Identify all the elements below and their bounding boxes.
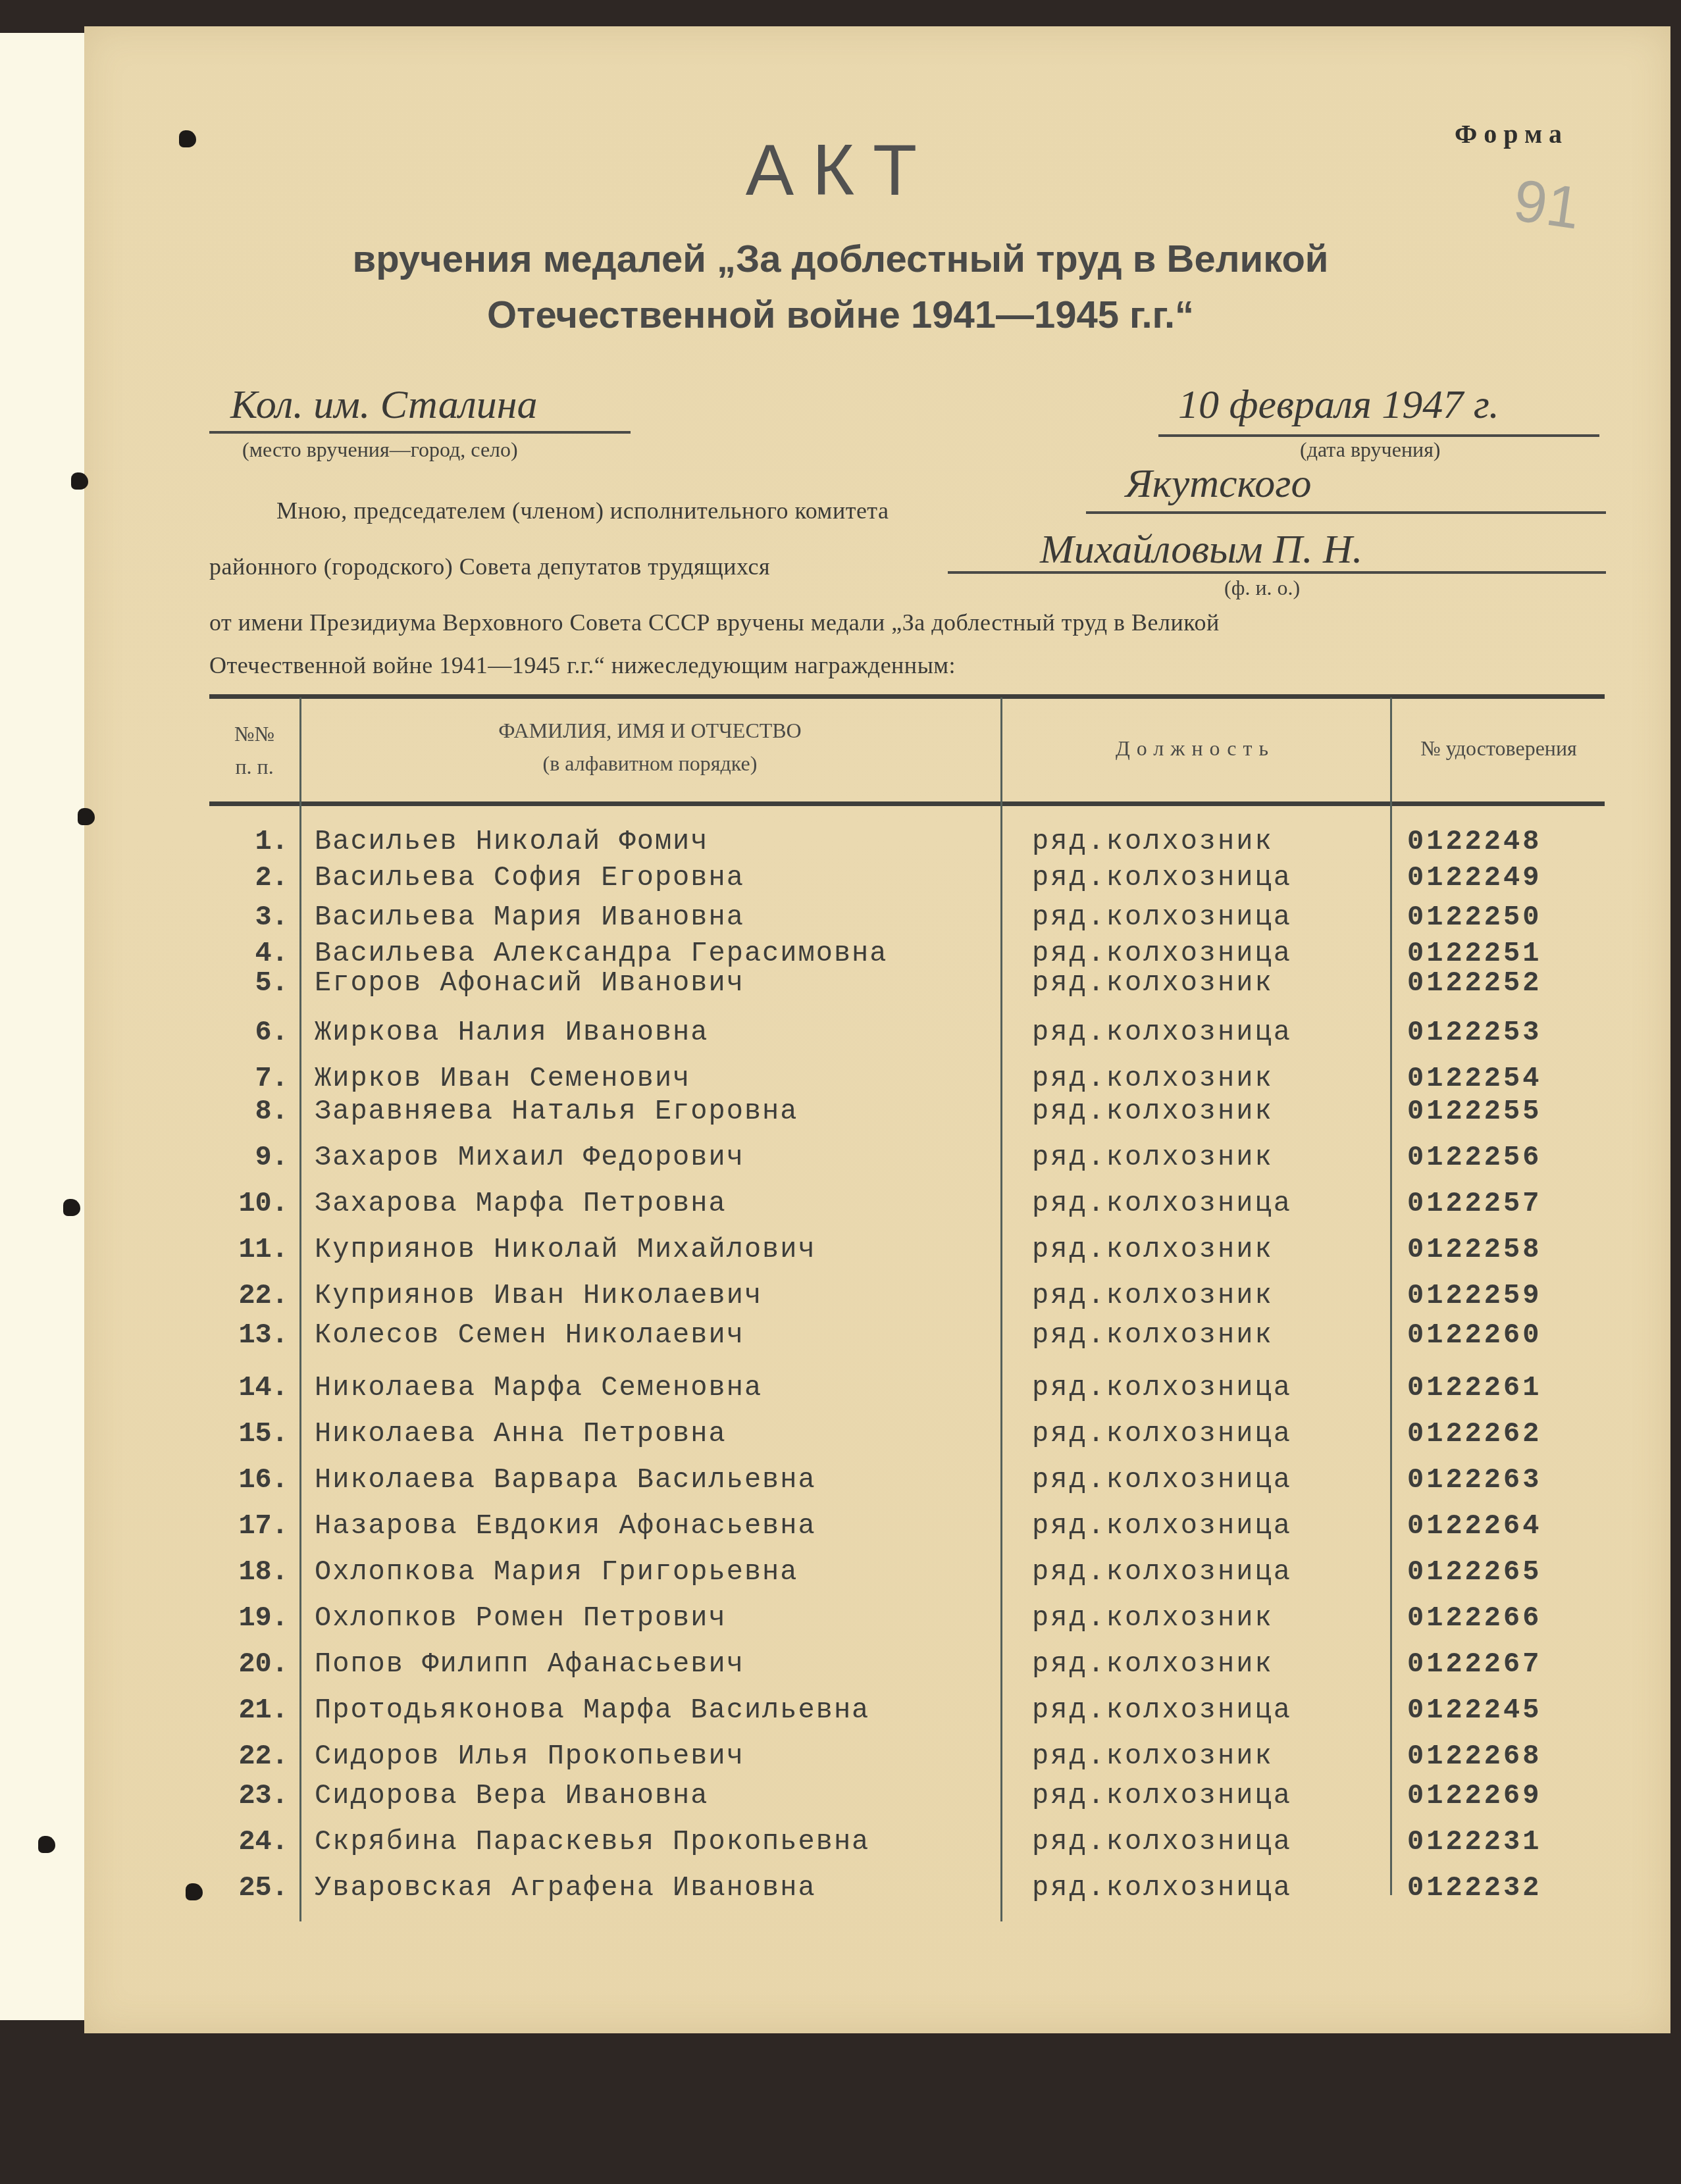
position: ряд.колхозник <box>1032 1063 1274 1094</box>
place-underline <box>209 431 631 434</box>
table-row: 4.Васильева Александра Герасимовнаряд.ко… <box>209 938 1605 971</box>
certificate-number: 0122255 <box>1407 1096 1541 1127</box>
table-top-rule <box>209 694 1605 699</box>
committee-underline <box>1086 511 1606 514</box>
recipient-name: Назарова Евдокия Афонасьевна <box>315 1510 816 1542</box>
recipient-name: Васильев Николай Фомич <box>315 826 709 857</box>
position: ряд.колхозница <box>1032 1188 1292 1219</box>
certificate-number: 0122232 <box>1407 1872 1541 1904</box>
recipient-name: Заравняева Наталья Егоровна <box>315 1096 798 1127</box>
table-row: 22.Куприянов Иван Николаевичряд.колхозни… <box>209 1280 1605 1313</box>
certificate-number: 0122266 <box>1407 1602 1541 1634</box>
position: ряд.колхозник <box>1032 1142 1274 1173</box>
table-row: 15.Николаева Анна Петровнаряд.колхозница… <box>209 1418 1605 1451</box>
position: ряд.колхозница <box>1032 1017 1292 1048</box>
row-number: 7. <box>209 1063 288 1094</box>
official-name-underline <box>948 571 1606 574</box>
certificate-number: 0122254 <box>1407 1063 1541 1094</box>
recipient-name: Васильева София Егоровна <box>315 862 744 894</box>
intro-line1: Мною, председателем (членом) исполнитель… <box>276 497 889 524</box>
position: ряд.колхозник <box>1032 826 1274 857</box>
certificate-number: 0122262 <box>1407 1418 1541 1450</box>
row-number: 22. <box>209 1740 288 1772</box>
table-row: 25.Уваровская Аграфена Ивановнаряд.колхо… <box>209 1872 1605 1905</box>
position: ряд.колхозник <box>1032 1280 1274 1311</box>
position: ряд.колхозник <box>1032 1234 1274 1265</box>
certificate-number: 0122257 <box>1407 1188 1541 1219</box>
table-row: 11.Куприянов Николай Михайловичряд.колхо… <box>209 1234 1605 1267</box>
table-row: 13.Колесов Семен Николаевичряд.колхозник… <box>209 1319 1605 1352</box>
row-number: 16. <box>209 1464 288 1496</box>
row-number: 2. <box>209 862 288 894</box>
header-position: Должность <box>1000 732 1390 765</box>
recipient-name: Жиркова Налия Ивановна <box>315 1017 709 1048</box>
table-row: 1.Васильев Николай Фомичряд.колхозник012… <box>209 826 1605 859</box>
recipient-name: Васильева Мария Ивановна <box>315 902 744 933</box>
certificate-number: 0122256 <box>1407 1142 1541 1173</box>
certificate-number: 0122263 <box>1407 1464 1541 1496</box>
position: ряд.колхозник <box>1032 1740 1274 1772</box>
position: ряд.колхозница <box>1032 1464 1292 1496</box>
row-number: 1. <box>209 826 288 857</box>
table-row: 2.Васильева София Егоровнаряд.колхозница… <box>209 862 1605 895</box>
header-num-line2: п. п. <box>209 750 299 783</box>
table-row: 16.Николаева Варвара Васильевнаряд.колхо… <box>209 1464 1605 1497</box>
table-row: 24.Скрябина Параскевья Прокопьевнаряд.ко… <box>209 1826 1605 1859</box>
certificate-number: 0122253 <box>1407 1017 1541 1048</box>
recipient-name: Сидорова Вера Ивановна <box>315 1780 709 1812</box>
certificate-number: 0122267 <box>1407 1648 1541 1680</box>
position: ряд.колхозница <box>1032 1826 1292 1858</box>
certificate-number: 0122249 <box>1407 862 1541 894</box>
row-number: 8. <box>209 1096 288 1127</box>
row-number: 10. <box>209 1188 288 1219</box>
row-number: 25. <box>209 1872 288 1904</box>
date-caption: (дата вручения) <box>1300 438 1441 462</box>
row-number: 13. <box>209 1319 288 1351</box>
recipient-name: Скрябина Параскевья Прокопьевна <box>315 1826 869 1858</box>
table-row: 22.Сидоров Илья Прокопьевичряд.колхозник… <box>209 1740 1605 1773</box>
date-value: 10 февраля 1947 г. <box>1178 382 1499 428</box>
table-header-bottom-rule <box>209 801 1605 806</box>
punch-hole <box>38 1836 55 1853</box>
certificate-number: 0122231 <box>1407 1826 1541 1858</box>
table-row: 3.Васильева Мария Ивановнаряд.колхозница… <box>209 902 1605 934</box>
fio-caption: (ф. и. о.) <box>1224 576 1300 600</box>
certificate-number: 0122251 <box>1407 938 1541 969</box>
header-name-line1: ФАМИЛИЯ, ИМЯ И ОТЧЕСТВО <box>299 714 1000 747</box>
position: ряд.колхозница <box>1032 938 1292 969</box>
table-row: 20.Попов Филипп Афанасьевичряд.колхозник… <box>209 1648 1605 1681</box>
recipient-name: Уваровская Аграфена Ивановна <box>315 1872 816 1904</box>
certificate-number: 0122259 <box>1407 1280 1541 1311</box>
recipient-name: Попов Филипп Афанасьевич <box>315 1648 744 1680</box>
recipient-name: Жирков Иван Семенович <box>315 1063 690 1094</box>
recipient-name: Захаров Михаил Федорович <box>315 1142 744 1173</box>
certificate-number: 0122258 <box>1407 1234 1541 1265</box>
position: ряд.колхозница <box>1032 902 1292 933</box>
table-row: 19.Охлопков Ромен Петровичряд.колхозник0… <box>209 1602 1605 1635</box>
position: ряд.колхозник <box>1032 1319 1274 1351</box>
recipient-name: Охлопкова Мария Григорьевна <box>315 1556 798 1588</box>
position: ряд.колхозница <box>1032 1418 1292 1450</box>
position: ряд.колхозница <box>1032 1694 1292 1726</box>
certificate-number: 0122265 <box>1407 1556 1541 1588</box>
row-number: 3. <box>209 902 288 933</box>
table-row: 21.Протодьяконова Марфа Васильевнаряд.ко… <box>209 1694 1605 1727</box>
document-title: АКТ <box>0 128 1681 212</box>
recipient-name: Куприянов Николай Михайлович <box>315 1234 816 1265</box>
row-number: 4. <box>209 938 288 969</box>
certificate-number: 0122250 <box>1407 902 1541 933</box>
row-number: 14. <box>209 1372 288 1404</box>
row-number: 11. <box>209 1234 288 1265</box>
recipient-name: Николаева Варвара Васильевна <box>315 1464 816 1496</box>
place-caption: (место вручения—город, село) <box>242 438 518 462</box>
row-number: 24. <box>209 1826 288 1858</box>
date-underline <box>1158 434 1599 437</box>
table-row: 9.Захаров Михаил Федоровичряд.колхозник0… <box>209 1142 1605 1175</box>
table-row: 18.Охлопкова Мария Григорьевнаряд.колхоз… <box>209 1556 1605 1589</box>
punch-hole <box>186 1883 203 1900</box>
recipient-name: Захарова Марфа Петровна <box>315 1188 727 1219</box>
table-row: 10.Захарова Марфа Петровнаряд.колхозница… <box>209 1188 1605 1221</box>
certificate-number: 0122261 <box>1407 1372 1541 1404</box>
row-number: 20. <box>209 1648 288 1680</box>
table-row: 5.Егоров Афонасий Ивановичряд.колхозник0… <box>209 967 1605 1000</box>
place-value: Кол. им. Сталина <box>230 382 537 428</box>
recipient-name: Сидоров Илья Прокопьевич <box>315 1740 744 1772</box>
header-certificate: № удостоверения <box>1390 732 1607 765</box>
certificate-number: 0122252 <box>1407 967 1541 999</box>
header-name-line2: (в алфавитном порядке) <box>299 747 1000 780</box>
recipient-name: Протодьяконова Марфа Васильевна <box>315 1694 869 1726</box>
row-number: 6. <box>209 1017 288 1048</box>
row-number: 23. <box>209 1780 288 1812</box>
recipient-name: Охлопков Ромен Петрович <box>315 1602 727 1634</box>
recipient-name: Куприянов Иван Николаевич <box>315 1280 762 1311</box>
header-name: ФАМИЛИЯ, ИМЯ И ОТЧЕСТВО (в алфавитном по… <box>299 714 1000 780</box>
certificate-number: 0122264 <box>1407 1510 1541 1542</box>
table-row: 6.Жиркова Налия Ивановнаряд.колхозница01… <box>209 1017 1605 1050</box>
official-name-value: Михайловым П. Н. <box>1040 526 1362 573</box>
intro-line2: районного (городского) Совета депутатов … <box>209 553 770 580</box>
punch-hole <box>63 1199 80 1216</box>
position: ряд.колхозница <box>1032 1556 1292 1588</box>
document-subtitle-line1: вручения медалей „За доблестный труд в В… <box>0 237 1681 281</box>
position: ряд.колхозник <box>1032 1096 1274 1127</box>
certificate-number: 0122260 <box>1407 1319 1541 1351</box>
certificate-number: 0122269 <box>1407 1780 1541 1812</box>
position: ряд.колхозница <box>1032 862 1292 894</box>
row-number: 18. <box>209 1556 288 1588</box>
position: ряд.колхозник <box>1032 967 1274 999</box>
executive-committee-value: Якутского <box>1125 461 1311 507</box>
recipient-name: Колесов Семен Николаевич <box>315 1319 744 1351</box>
certificate-number: 0122268 <box>1407 1740 1541 1772</box>
position: ряд.колхозница <box>1032 1372 1292 1404</box>
intro-line4: Отечественной войне 1941—1945 г.г.“ ниже… <box>209 651 956 679</box>
row-number: 5. <box>209 967 288 999</box>
table-row: 14.Николаева Марфа Семеновнаряд.колхозни… <box>209 1372 1605 1405</box>
recipient-name: Васильева Александра Герасимовна <box>315 938 888 969</box>
punch-hole <box>78 808 95 825</box>
table-row: 23.Сидорова Вера Ивановнаряд.колхозница0… <box>209 1780 1605 1813</box>
recipient-name: Николаева Анна Петровна <box>315 1418 727 1450</box>
certificate-number: 0122245 <box>1407 1694 1541 1726</box>
recipient-name: Егоров Афонасий Иванович <box>315 967 744 999</box>
document-subtitle-line2: Отечественной войне 1941—1945 г.г.“ <box>0 293 1681 337</box>
header-num: №№ п. п. <box>209 717 299 783</box>
position: ряд.колхозница <box>1032 1780 1292 1812</box>
row-number: 19. <box>209 1602 288 1634</box>
certificate-number: 0122248 <box>1407 826 1541 857</box>
intro-line3: от имени Президиума Верховного Совета СС… <box>209 609 1220 636</box>
row-number: 22. <box>209 1280 288 1311</box>
punch-hole <box>71 472 88 490</box>
table-row: 7.Жирков Иван Семеновичряд.колхозник0122… <box>209 1063 1605 1096</box>
table-row: 8.Заравняева Наталья Егоровнаряд.колхозн… <box>209 1096 1605 1129</box>
row-number: 21. <box>209 1694 288 1726</box>
position: ряд.колхозник <box>1032 1648 1274 1680</box>
position: ряд.колхозница <box>1032 1510 1292 1542</box>
row-number: 17. <box>209 1510 288 1542</box>
recipient-name: Николаева Марфа Семеновна <box>315 1372 762 1404</box>
table-row: 17.Назарова Евдокия Афонасьевнаряд.колхо… <box>209 1510 1605 1543</box>
row-number: 9. <box>209 1142 288 1173</box>
position: ряд.колхозник <box>1032 1602 1274 1634</box>
header-num-line1: №№ <box>209 717 299 750</box>
row-number: 15. <box>209 1418 288 1450</box>
position: ряд.колхозница <box>1032 1872 1292 1904</box>
